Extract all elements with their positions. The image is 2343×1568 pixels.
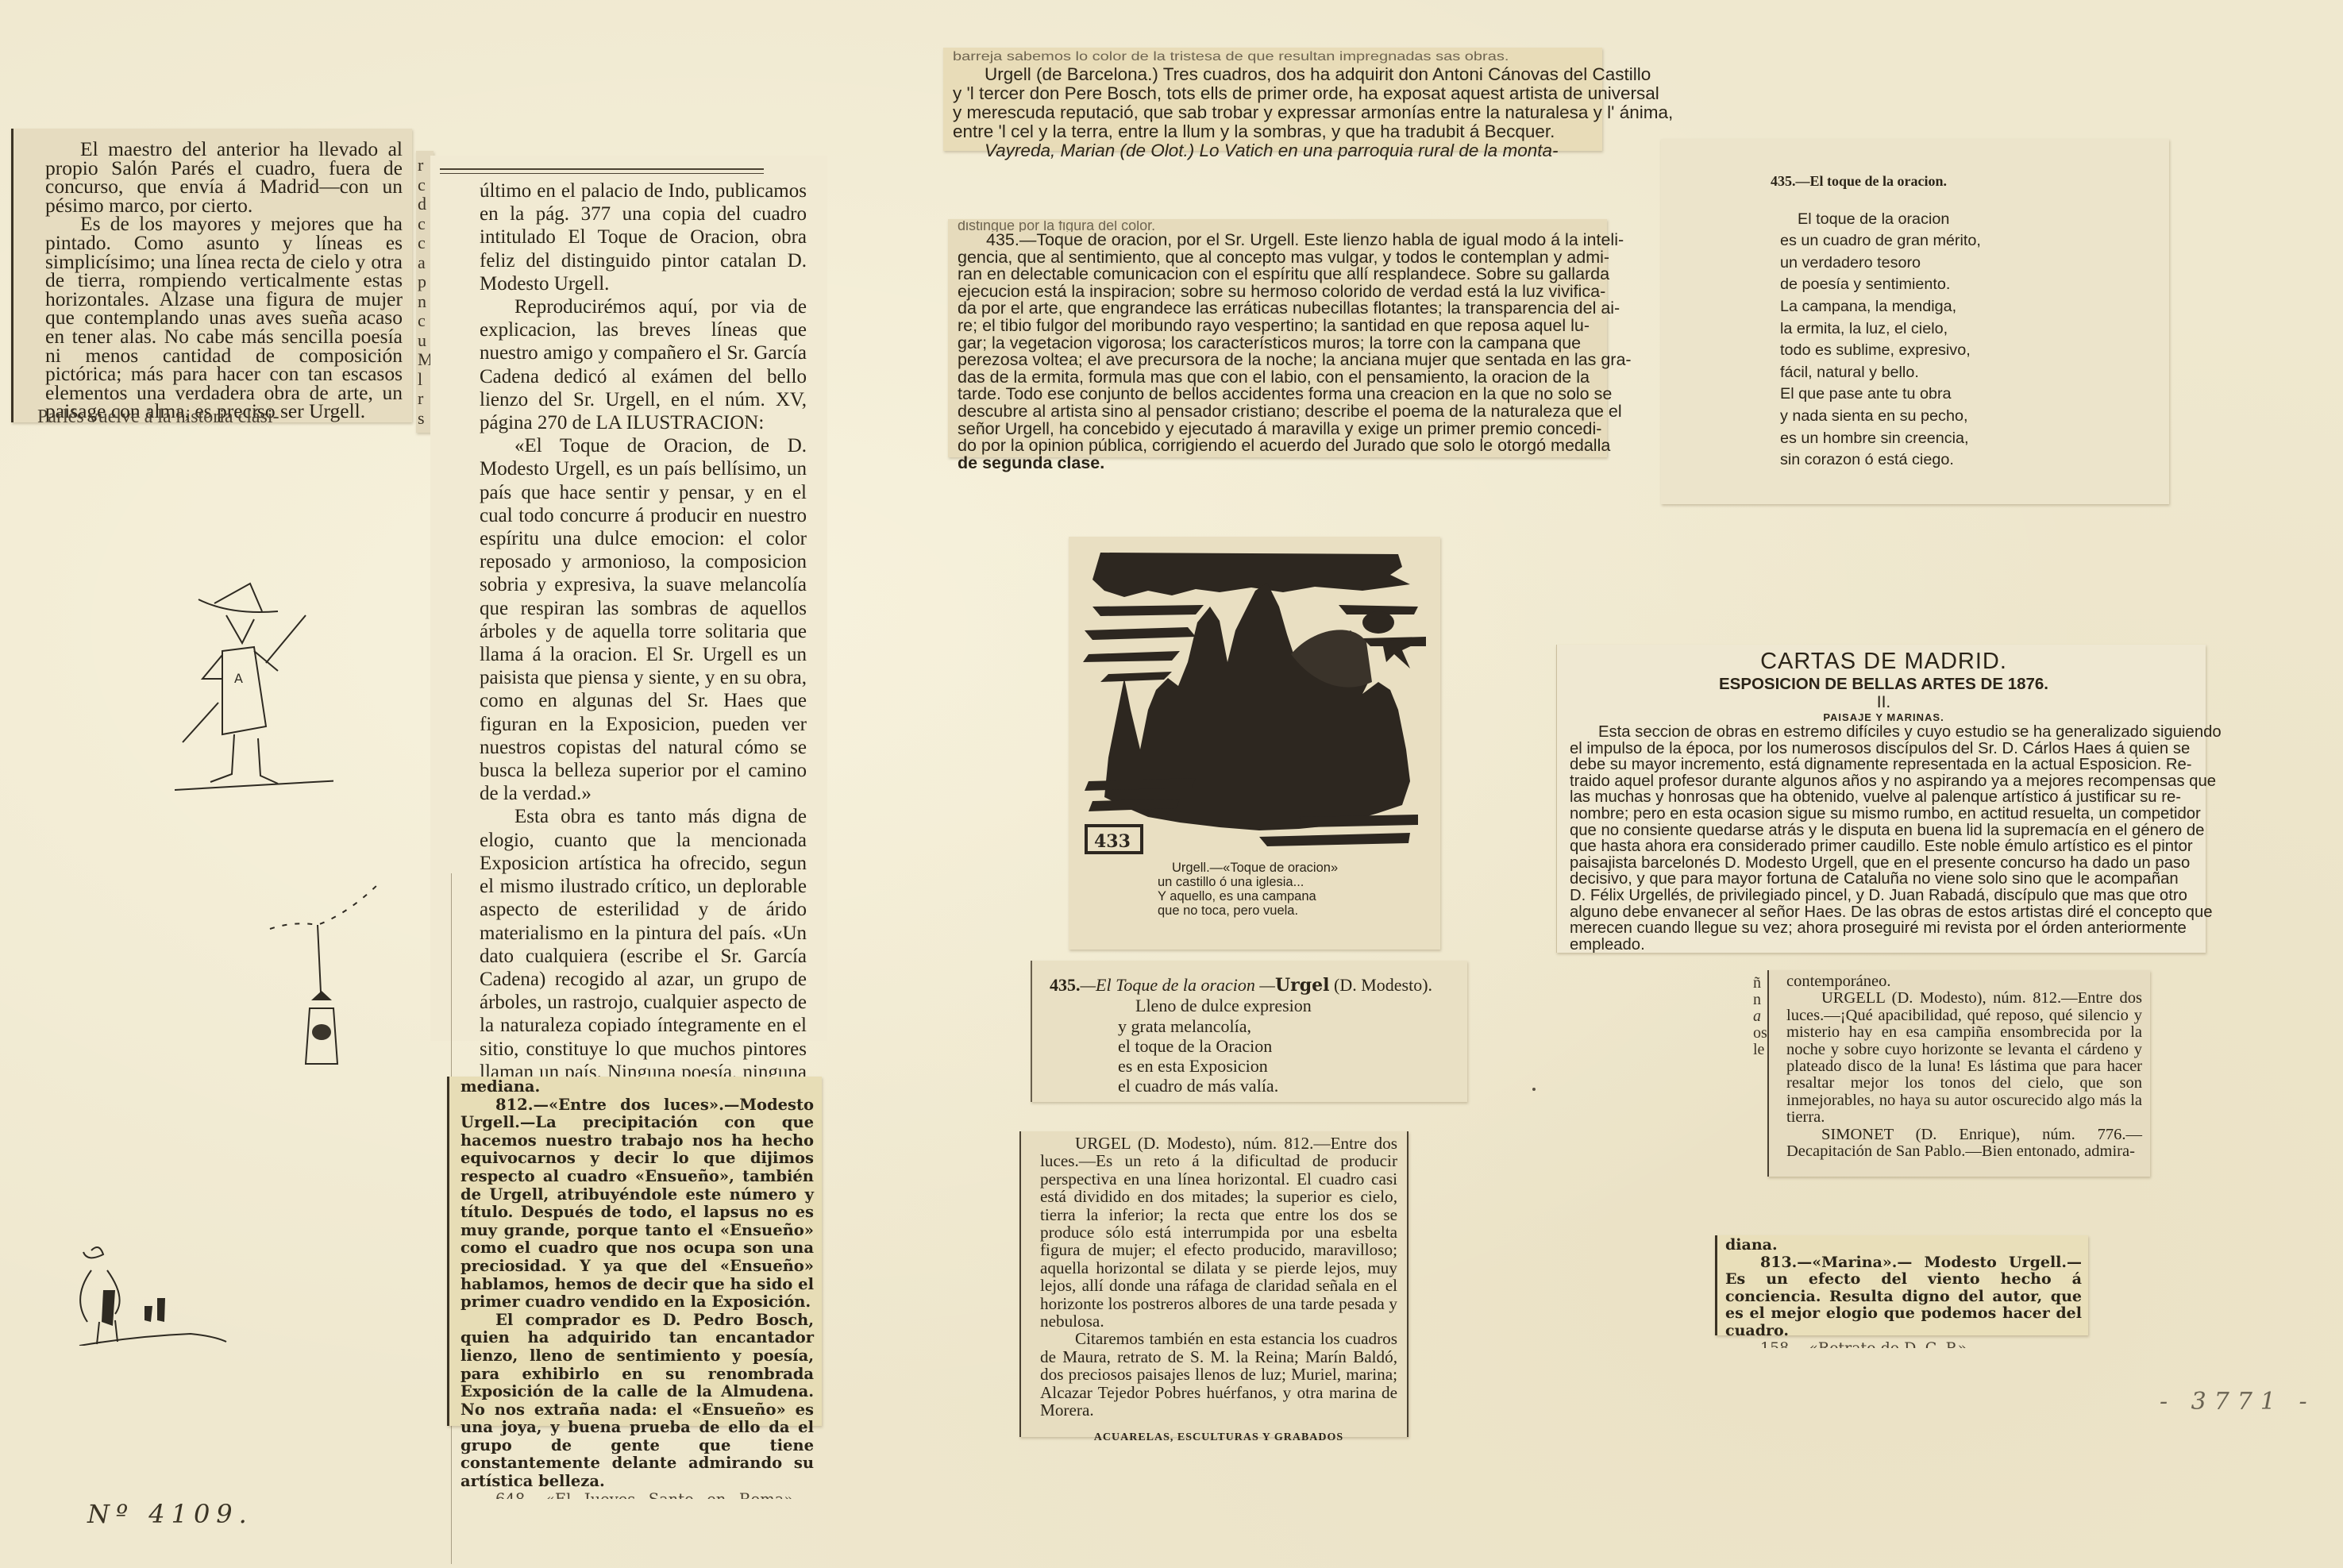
sketch-small-figures-icon: [56, 1235, 230, 1346]
clipping-la-ilustracion: último en el palacio de Indo, publicamos…: [430, 156, 827, 1041]
page-number-annotation: - 3771 -: [2160, 1388, 2315, 1416]
text-line: Urgell (de Barcelona.) Tres cuadros, dos…: [953, 65, 1594, 84]
caption-line: Urgell.—«Toque de oracion»: [1172, 861, 1338, 875]
cut-fragment-text: diana.: [1725, 1237, 2082, 1254]
clipping-urgell-apacibilidad: ñ n a os le contemporáneo. URGELL (D. Mo…: [1767, 970, 2150, 1177]
text-line: debe su mayor incremento, está dignament…: [1570, 757, 2198, 773]
edge-letter: le: [1753, 1042, 1767, 1058]
cut-fragment-text: Parlés vuelve á la historia clási-: [37, 408, 279, 427]
woodcut-caption: Urgell.—«Toque de oracion» un castillo ó…: [1158, 861, 1338, 918]
entry-author-detail: (D. Modesto).: [1334, 975, 1432, 995]
text-line: el impulso de la época, por los numeroso…: [1570, 741, 2198, 757]
verse: el cuadro de más valía.: [1118, 1076, 1459, 1096]
subheading: ESPOSICION DE BELLAS ARTES DE 1876.: [1570, 675, 2198, 694]
text-line: entre 'l cel y la terra, entre la llum y…: [953, 122, 1594, 141]
clipping-toque-poem: 435.—El toque de la oracion. El toque de…: [1661, 139, 2169, 504]
text-line: gencia, que al sentimiento, que al conce…: [958, 249, 1601, 267]
verse: fácil, natural y bello.: [1780, 362, 2169, 384]
text-line: y merescuda reputació, que sab trobar y …: [953, 103, 1594, 122]
cut-fragment-text: 158.—«Retrato de D. C. P.»: [1725, 1340, 2082, 1348]
clipping-woodcut: 433 Urgell.—«Toque de oracion» un castil…: [1069, 537, 1440, 950]
paragraph: URGEL (D. Modesto), núm. 812.—Entre dos …: [1040, 1135, 1397, 1330]
edge-letter: n: [1753, 992, 1767, 1008]
text-line: señor Urgell, ha concebido y ejecutado á…: [958, 421, 1601, 438]
text-line: traido aquel profesor durante algunos añ…: [1570, 773, 2198, 790]
verse: todo es sublime, expresivo,: [1780, 340, 2169, 362]
clipping-catalan-review: barreja sabemos lo color de la tristesa …: [943, 48, 1602, 151]
text-line: que hasta ahora era considerado primer c…: [1570, 838, 2198, 855]
text-line: D. Félix Urgellés, de privilegiado pince…: [1570, 888, 2198, 904]
paragraph: último en el palacio de Indo, publicamos…: [480, 179, 807, 295]
verse: un verdadero tesoro: [1780, 252, 2169, 275]
paragraph: SIMONET (D. Enrique), núm. 776.—Decapita…: [1786, 1127, 2142, 1161]
text-line: do por la opinion pública, corrigiendo e…: [958, 437, 1601, 455]
ink-dot: [1532, 1088, 1536, 1091]
verse: la ermita, la luz, el cielo,: [1780, 318, 2169, 341]
text-line: gar; la vegetacion vigorosa; los caracte…: [958, 335, 1601, 353]
text-line: alguno debe envanecer al señor Haes. De …: [1570, 904, 2198, 921]
paragraph: Reproducirémos aquí, por via de explicac…: [480, 295, 807, 434]
caption-line: que no toca, pero vuela.: [1158, 903, 1338, 918]
text-line: de segunda clase.: [958, 455, 1601, 472]
caption-line: Y aquello, es una campana: [1158, 889, 1338, 903]
text-line: re; el tibio fulgor del moribundo rayo v…: [958, 318, 1601, 335]
text-line: Esta seccion de obras en estremo difícil…: [1570, 724, 2198, 741]
text-line: nombre; pero en esta ocasion sigue su mi…: [1570, 806, 2198, 823]
section-footer: ACUARELAS, ESCULTURAS Y GRABADOS: [1040, 1429, 1397, 1447]
clipping-toque-prose: distingue por la figura del color. 435.—…: [948, 219, 1607, 457]
verse: sin corazon ó está ciego.: [1780, 449, 2169, 472]
svg-text:433: 433: [1094, 831, 1131, 852]
entry-number: 435.: [1050, 975, 1081, 995]
clipping-cartas-de-madrid: CARTAS DE MADRID. ESPOSICION DE BELLAS A…: [1556, 645, 2206, 953]
text-line: ran en delectable comunicacion con el es…: [958, 266, 1601, 283]
verse: es un cuadro de gran mérito,: [1780, 230, 2169, 252]
text-line: descubre al artista sino al pensador cri…: [958, 403, 1601, 421]
poem-title: 435.—El toque de la oracion.: [1771, 171, 2169, 193]
sketch-figure-with-hat-icon: A: [175, 568, 333, 798]
text-line: y 'l tercer don Pere Bosch, tots ells de…: [953, 84, 1594, 103]
text-line: empleado.: [1570, 937, 2198, 954]
cut-fragment-text: mediana.: [461, 1078, 814, 1096]
text-line: paisajista barcelonés D. Modesto Urgell,…: [1570, 855, 2198, 872]
verse: El que pase ante tu obra: [1780, 383, 2169, 406]
text-line: ejecucion está la inspiracion; sobre su …: [958, 283, 1601, 301]
cut-fragment-text: 648.—«El Jueves Santo en Roma».—Crist: [461, 1491, 814, 1499]
text-line: tarde. Todo ese conjunto de bellos accid…: [958, 386, 1601, 403]
caption-line: un castillo ó una iglesia...: [1158, 875, 1338, 889]
verse: Lleno de dulce expresion: [1118, 996, 1459, 1015]
verse: El toque de la oracion: [1780, 209, 2169, 231]
part-number: II.: [1570, 694, 2198, 711]
verse: y nada sienta en su pecho,: [1780, 406, 2169, 428]
inventory-number-annotation: Nº 4109.: [87, 1499, 253, 1529]
edge-letter: os: [1753, 1025, 1767, 1042]
text-line: perezosa voltea; el ave precursora de la…: [958, 352, 1601, 369]
clipping-urgel-812-review: URGEL (D. Modesto), núm. 812.—Entre dos …: [1019, 1131, 1408, 1437]
quote-paragraph: «El Toque de Oracion, de D. Modesto Urge…: [480, 434, 807, 805]
paragraph: El comprador es D. Pedro Bosch, quien ha…: [461, 1312, 814, 1491]
cut-fragment-text: contemporáneo.: [1786, 973, 2142, 990]
svg-text:A: A: [234, 671, 243, 686]
edge-letter: ñ: [1753, 975, 1767, 992]
text-line: da por el arte, que engrandece las errát…: [958, 300, 1601, 318]
verse: y grata melancolía,: [1118, 1016, 1459, 1036]
clipping-salon-pares: El maestro del anterior ha llevado al pr…: [11, 129, 412, 422]
verse: es en esta Exposicion: [1118, 1056, 1459, 1076]
paragraph: El maestro del anterior ha llevado al pr…: [45, 140, 403, 214]
entry-title: —El Toque de la oracion —: [1081, 975, 1275, 995]
paragraph: Es de los mayores y mejores que ha pinta…: [45, 214, 403, 421]
text-line: que no consiente quedarse atrás y le dis…: [1570, 823, 2198, 839]
entry-author: Urgel: [1275, 975, 1330, 996]
woodcut-castle-bell-illustration-icon: 433: [1077, 543, 1434, 861]
clipping-urgel-verse: 435.—El Toque de la oracion —Urgel (D. M…: [1031, 961, 1467, 1102]
text-line: 435.—Toque de oracion, por el Sr. Urgell…: [958, 232, 1601, 249]
text-line: las muchas y honrosas que ha obtenido, v…: [1570, 789, 2198, 806]
edge-fragment: ñ n a os le: [1753, 975, 1767, 1058]
paragraph: 813.—«Marina».— Modesto Urgell.—Es un ef…: [1725, 1254, 2082, 1340]
verse-block: Lleno de dulce expresion y grata melanco…: [1118, 996, 1459, 1096]
edge-letter: a: [1753, 1008, 1767, 1025]
text-line: merecen cuando llegue su vez; ahora pros…: [1570, 920, 2198, 937]
verse: es un hombre sin creencia,: [1780, 428, 2169, 450]
cut-fragment-text: barreja sabemos lo color de la tristesa …: [953, 51, 1594, 62]
text-line: Vayreda, Marian (de Olot.) Lo Vatich en …: [953, 141, 1594, 160]
verse: La campana, la mendiga,: [1780, 296, 2169, 318]
verse: de poesía y sentimiento.: [1780, 274, 2169, 296]
clipping-813-marina: diana. 813.—«Marina».— Modesto Urgell.—E…: [1715, 1235, 2088, 1335]
text-line: decisivo, y que para mayor fortuna de Ca…: [1570, 871, 2198, 888]
verse: el toque de la Oracion: [1118, 1036, 1459, 1056]
double-rule-divider: [440, 168, 764, 174]
clipping-entre-dos-luces-bold: mediana. 812.—«Entre dos luces».—Modesto…: [447, 1077, 822, 1426]
heading: CARTAS DE MADRID.: [1570, 648, 2198, 675]
text-line: das de la ermita, formula mas que con el…: [958, 369, 1601, 387]
section-title: PAISAJE Y MARINAS.: [1570, 711, 2198, 724]
paragraph: 812.—«Entre dos luces».—Modesto Urgell.—…: [461, 1096, 814, 1312]
paragraph: URGELL (D. Modesto), núm. 812.—Entre dos…: [1786, 990, 2142, 1126]
paragraph: Esta obra es tanto más digna de elogio, …: [480, 805, 807, 1107]
paragraph: Citaremos también en esta estancia los c…: [1040, 1330, 1397, 1419]
sketch-hanging-lantern-icon: [262, 802, 389, 1080]
